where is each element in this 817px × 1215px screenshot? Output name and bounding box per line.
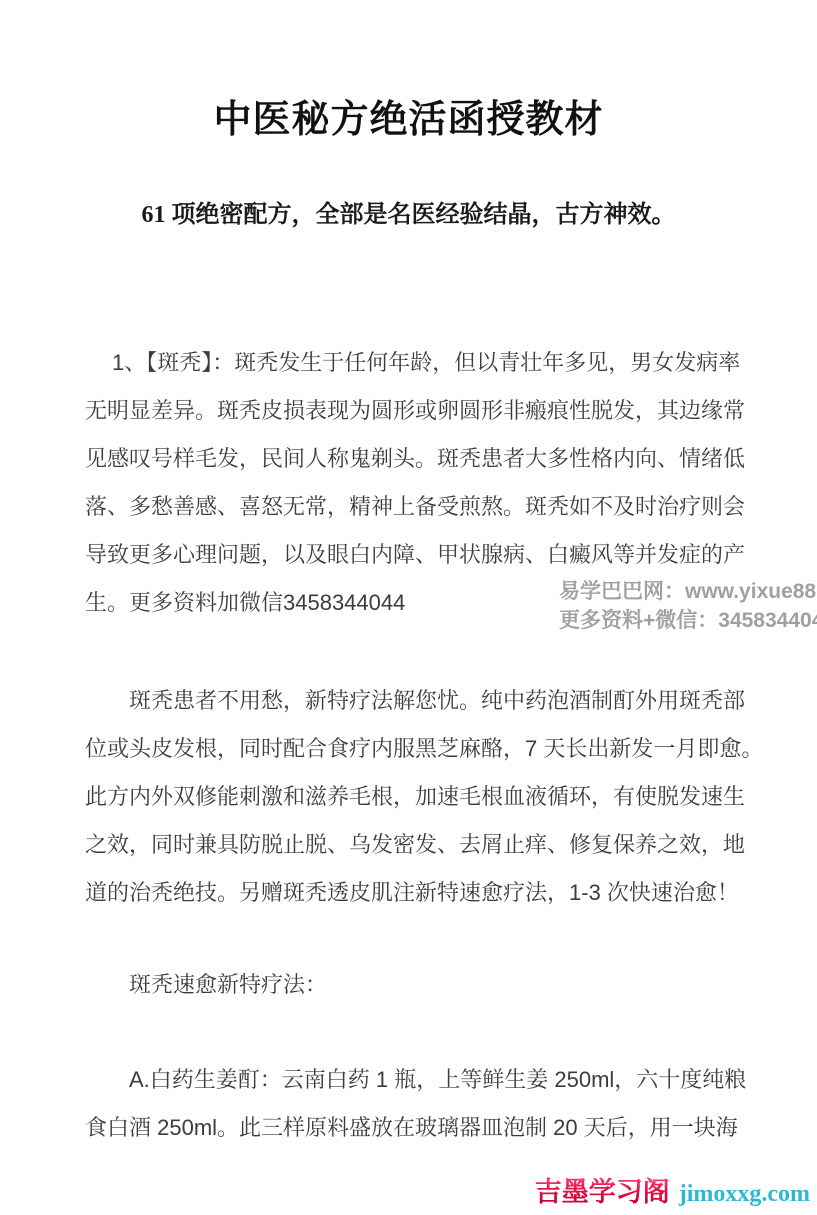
body-line: 之效，同时兼具防脱止脱、乌发密发、去屑止痒、修复保养之效，地 bbox=[85, 821, 737, 869]
section-heading: 斑秃速愈新特疗法： bbox=[85, 961, 737, 1009]
paragraph-recipe-a: A.白药生姜酊：云南白药 1 瓶，上等鲜生姜 250ml，六十度纯粮 食白酒 2… bbox=[85, 1056, 737, 1152]
section-heading-text: 斑秃速愈新特疗法： bbox=[85, 961, 737, 1009]
body-line: 此方内外双修能刺激和滋养毛根，加速毛根血液循环，有使脱发速生 bbox=[85, 773, 737, 821]
body-line: 斑秃患者不用愁，新特疗法解您忧。纯中药泡酒制酊外用斑秃部 bbox=[85, 677, 737, 725]
watermark-site-line: 易学巴巴网：www.yixue88.cn bbox=[559, 577, 809, 606]
footer-domain-link: jimoxxg.com bbox=[679, 1181, 810, 1208]
document-title: 中医秘方绝活函授教材 bbox=[0, 96, 817, 144]
document-subtitle: 61 项绝密配方，全部是名医经验结晶，古方神效。 bbox=[0, 198, 817, 232]
body-line: 1、【斑秃】：斑秃发生于任何年龄，但以青壮年多见，男女发病率 bbox=[85, 339, 737, 387]
paragraph-therapy-description: 斑秃患者不用愁，新特疗法解您忧。纯中药泡酒制酊外用斑秃部 位或头皮发根，同时配合… bbox=[85, 677, 737, 917]
footer-brand-name: 吉墨学习阁 bbox=[535, 1170, 670, 1209]
body-line: 落、多愁善感、喜怒无常，精神上备受煎熬。斑秃如不及时治疗则会 bbox=[85, 483, 737, 531]
body-line: 道的治秃绝技。另赠斑秃透皮肌注新特速愈疗法，1-3 次快速治愈！ bbox=[85, 869, 737, 917]
body-line: A.白药生姜酊：云南白药 1 瓶，上等鲜生姜 250ml，六十度纯粮 bbox=[85, 1056, 737, 1104]
body-line: 无明显差异。斑秃皮损表现为圆形或卵圆形非瘢痕性脱发，其边缘常 bbox=[85, 387, 737, 435]
watermark-ad: 易学巴巴网：www.yixue88.cn 更多资料+微信：3458344044 bbox=[559, 577, 809, 635]
document-page: 中医秘方绝活函授教材 61 项绝密配方，全部是名医经验结晶，古方神效。 1、【斑… bbox=[0, 0, 817, 1215]
body-line: 食白酒 250ml。此三样原料盛放在玻璃器皿泡制 20 天后，用一块海 bbox=[85, 1104, 737, 1152]
footer-brand-bar: 吉墨学习阁 jimoxxg.com bbox=[535, 1170, 810, 1209]
body-line: 位或头皮发根，同时配合食疗内服黑芝麻酪，7 天长出新发一月即愈。 bbox=[85, 725, 737, 773]
body-line: 见感叹号样毛发，民间人称鬼剃头。斑秃患者大多性格内向、情绪低 bbox=[85, 435, 737, 483]
body-line: 导致更多心理问题，以及眼白内障、甲状腺病、白癜风等并发症的产 bbox=[85, 531, 737, 579]
watermark-wechat-line: 更多资料+微信：3458344044 bbox=[559, 606, 809, 635]
